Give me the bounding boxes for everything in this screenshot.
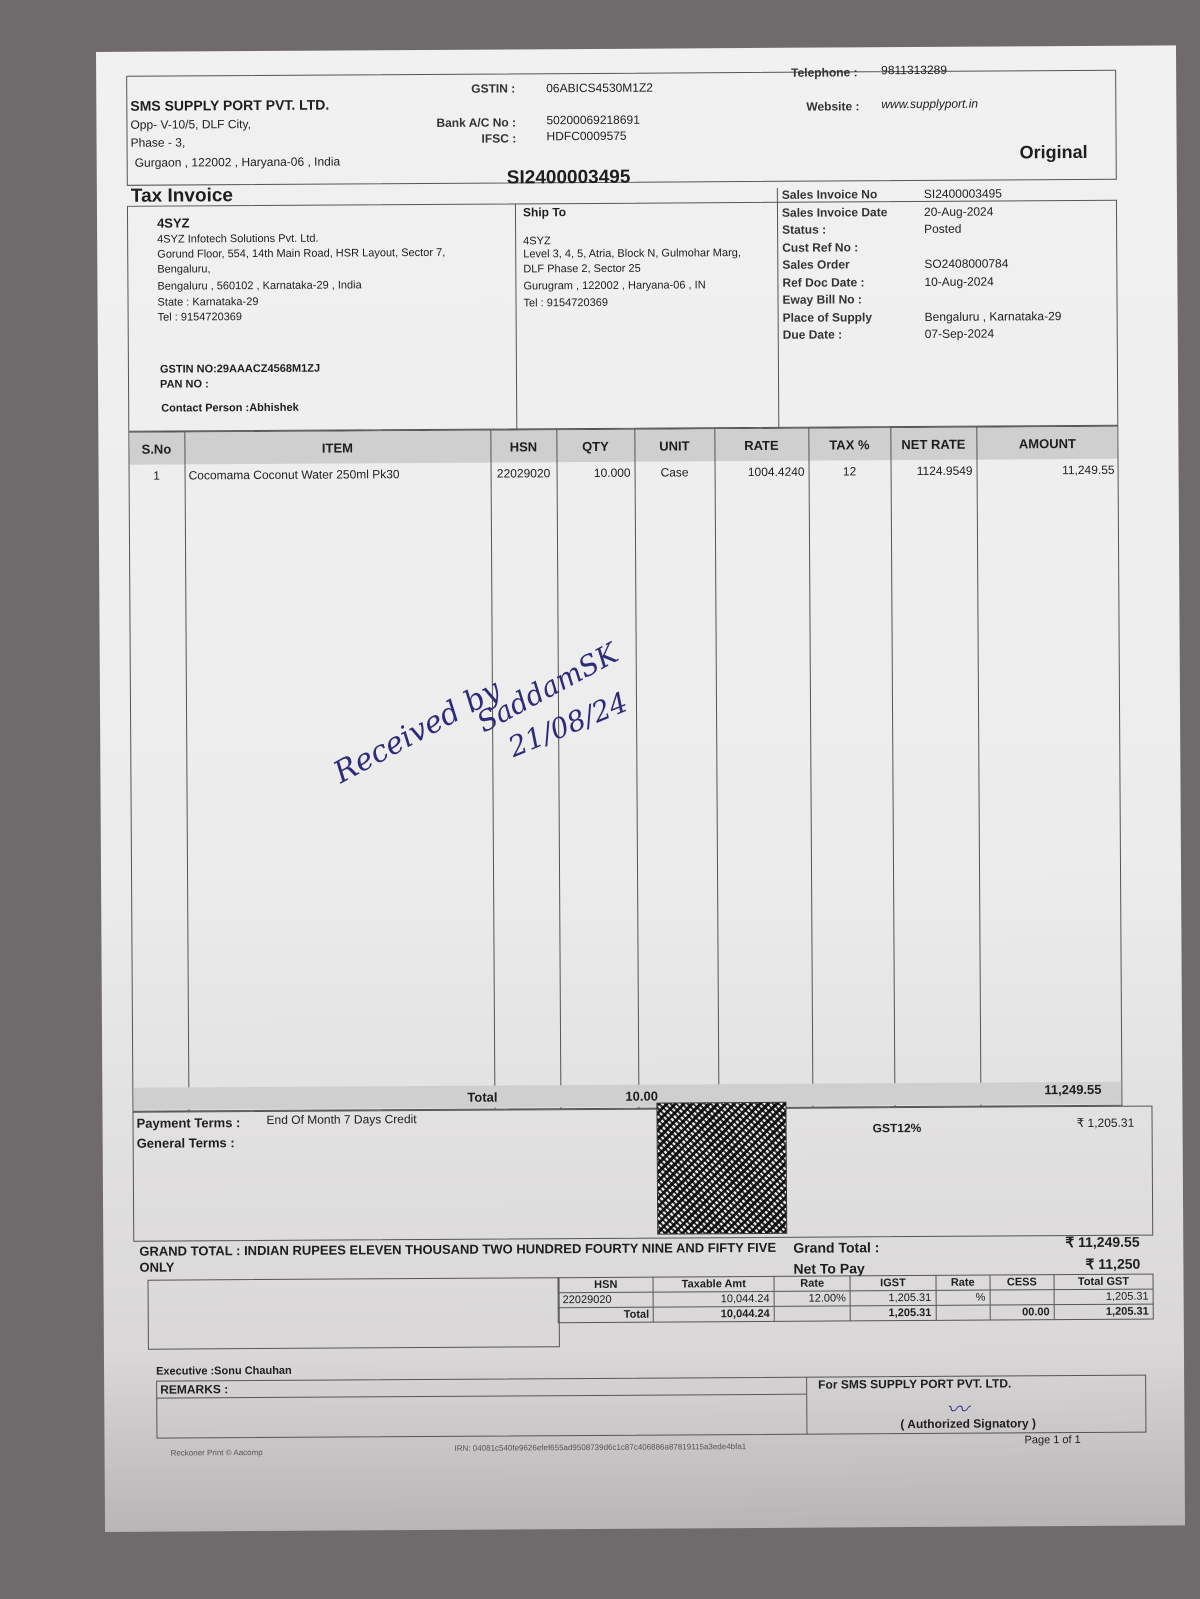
remarks-label: REMARKS : [160, 1382, 228, 1396]
seller-name: SMS SUPPLY PORT PVT. LTD. [130, 97, 329, 114]
invoice-meta-value: Posted [924, 222, 961, 236]
gst-total-cell [936, 1305, 990, 1320]
invoice-meta-value: SI2400003495 [924, 186, 1002, 200]
general-terms-label: General Terms : [137, 1135, 235, 1151]
website-label: Website : [806, 99, 859, 113]
authorized-signatory-label: ( Authorized Signatory ) [900, 1416, 1036, 1431]
gst-column-header: HSN [558, 1277, 654, 1293]
bill-to-tel: Tel : 9154720369 [158, 311, 242, 324]
column-header-unit: UNIT [634, 438, 714, 453]
bill-to-company: 4SYZ Infotech Solutions Pvt. Ltd. [157, 233, 319, 246]
bill-to-address-3: Bengaluru , 560102 , Karnataka-29 , Indi… [157, 279, 361, 292]
gst-column-header: Rate [936, 1275, 990, 1290]
printer-credit: Reckoner Print © Aacomp [171, 1448, 263, 1458]
for-company: For SMS SUPPLY PORT PVT. LTD. [818, 1376, 1011, 1391]
column-header-qty: QTY [556, 439, 634, 454]
item-cell-qty: 10.000 [561, 466, 631, 480]
invoice-number: SI2400003495 [507, 167, 631, 190]
gst-cell: 22029020 [558, 1292, 654, 1308]
grand-total-label: Grand Total : [793, 1239, 879, 1256]
invoice-meta-row: Place of SupplyBengaluru , Karnataka-29 [783, 308, 1113, 327]
ship-to-address-2: DLF Phase 2, Sector 25 [523, 263, 640, 276]
total-label: Total [467, 1090, 497, 1105]
gstin-label: GSTIN : [471, 81, 515, 95]
invoice-meta-row: Status :Posted [782, 221, 1112, 240]
invoice-meta-row: Eway Bill No : [782, 291, 1112, 310]
invoice-meta-row: Sales Invoice NoSI2400003495 [782, 186, 1112, 205]
column-header-tax: TAX % [808, 437, 890, 453]
gst-total-cell: 1,205.31 [1054, 1304, 1153, 1320]
telephone-label: Telephone : [791, 65, 858, 79]
ship-to-address-1: Level 3, 4, 5, Atria, Block N, Gulmohar … [523, 247, 741, 260]
gst-total-cell: 00.00 [990, 1305, 1054, 1320]
gst-cell: 12.00% [774, 1291, 850, 1306]
seller-address-1: Opp- V-10/5, DLF City, [130, 117, 251, 132]
item-cell-net-rate: 1124.9549 [895, 464, 973, 478]
gst-cell: % [936, 1290, 990, 1305]
bill-to-state: State : Karnataka-29 [157, 296, 258, 309]
item-cell-hsn: 22029020 [495, 466, 553, 480]
invoice-meta-label: Place of Supply [783, 310, 872, 325]
executive-name: Executive :Sonu Chauhan [156, 1365, 292, 1378]
bill-to-address-2: Bengaluru, [157, 263, 210, 275]
item-cell-amount: 11,249.55 [981, 463, 1115, 478]
column-header-net-rate: NET RATE [890, 437, 976, 453]
bank-account: 50200069218691 [546, 113, 640, 128]
column-header-hsn: HSN [490, 439, 556, 454]
gst-cell: 1,205.31 [1054, 1289, 1153, 1305]
invoice-sheet: SMS SUPPLY PORT PVT. LTD. Opp- V-10/5, D… [126, 70, 1155, 1476]
total-qty: 10.00 [625, 1089, 658, 1104]
seller-website[interactable]: www.supplyport.in [881, 97, 978, 112]
gst-summary-label: GST12% [873, 1121, 922, 1135]
invoice-meta-value: 07-Sep-2024 [925, 327, 994, 341]
item-cell-item: Cocomama Coconut Water 250ml Pk30 [189, 467, 487, 483]
invoice-meta: Sales Invoice NoSI2400003495Sales Invoic… [782, 186, 1112, 188]
item-cell-tax: 12 [813, 464, 887, 478]
gst-total-cell: 10,044.24 [654, 1306, 775, 1322]
ifsc-label: IFSC : [481, 131, 516, 145]
seller-address-3: Gurgaon , 122002 , Haryana-06 , India [135, 155, 341, 170]
bill-to-short-name: 4SYZ [157, 215, 190, 230]
invoice-meta-value: SO2408000784 [924, 256, 1008, 271]
invoice-meta-value: 10-Aug-2024 [924, 274, 993, 288]
grand-total-in-words: GRAND TOTAL : INDIAN RUPEES ELEVEN THOUS… [139, 1240, 779, 1276]
net-to-pay-label: Net To Pay [793, 1260, 864, 1276]
column-header-amount: AMOUNT [976, 436, 1118, 452]
invoice-meta-label: Sales Invoice Date [782, 205, 887, 220]
invoice-meta-label: Sales Invoice No [782, 187, 877, 202]
bank-label: Bank A/C No : [436, 115, 516, 129]
ship-to-address-3: Gurugram , 122002 , Haryana-06 , IN [523, 279, 705, 292]
payment-terms-label: Payment Terms : [136, 1115, 240, 1131]
gst-cell [990, 1290, 1054, 1305]
column-header-s-no: S.No [128, 441, 184, 456]
gst-summary-value: ₹ 1,205.31 [1077, 1116, 1135, 1130]
column-header-rate: RATE [714, 438, 808, 454]
gst-breakup-table: HSNTaxable AmtRateIGSTRateCESSTotal GST2… [557, 1274, 1153, 1324]
invoice-meta-label: Eway Bill No : [782, 292, 861, 306]
invoice-meta-row: Sales Invoice Date20-Aug-2024 [782, 203, 1112, 222]
ship-to-tel: Tel : 9154720369 [524, 297, 608, 310]
invoice-meta-label: Sales Order [782, 257, 849, 271]
invoice-meta-label: Ref Doc Date : [782, 275, 864, 290]
ifsc-code: HDFC0009575 [546, 129, 626, 143]
items-table [128, 426, 1122, 1112]
invoice-paper: SMS SUPPLY PORT PVT. LTD. Opp- V-10/5, D… [96, 45, 1185, 1532]
bill-to-pan: PAN NO : [160, 378, 209, 390]
left-footer-box [148, 1277, 560, 1350]
invoice-meta-row: Cust Ref No : [782, 238, 1112, 257]
page-number: Page 1 of 1 [1024, 1434, 1080, 1446]
bill-to-address-1: Gorund Floor, 554, 14th Main Road, HSR L… [157, 247, 445, 261]
invoice-meta-row: Sales OrderSO2408000784 [782, 256, 1112, 275]
ship-to-heading: Ship To [523, 205, 566, 219]
bill-to-gstin: GSTIN NO:29AAACZ4568M1ZJ [160, 363, 320, 376]
gst-column-header: Total GST [1054, 1274, 1153, 1290]
gst-column-header: Taxable Amt [653, 1276, 774, 1292]
item-cell-rate: 1004.4240 [719, 465, 805, 480]
column-header-item: ITEM [184, 440, 490, 457]
invoice-meta-value: 20-Aug-2024 [924, 204, 993, 218]
gst-cell: 10,044.24 [654, 1291, 775, 1307]
seller-telephone: 9811313289 [881, 63, 947, 77]
invoice-meta-label: Due Date : [783, 327, 842, 341]
copy-type: Original [1020, 142, 1088, 163]
irn-number: IRN: 04081c540fe9626efef655ad9508739d6c1… [455, 1442, 747, 1453]
ship-to-short-name: 4SYZ [523, 235, 551, 247]
item-cell-unit: Case [639, 465, 711, 479]
gst-column-header: CESS [990, 1275, 1054, 1290]
contact-person: Contact Person :Abhishek [161, 402, 299, 415]
gst-total-cell: Total [558, 1307, 654, 1323]
e-invoice-qr-code [656, 1102, 787, 1235]
invoice-meta-value: Bengaluru , Karnataka-29 [925, 309, 1062, 324]
total-amount: 11,249.55 [1044, 1082, 1101, 1097]
gst-total-cell [774, 1306, 850, 1321]
invoice-meta-label: Cust Ref No : [782, 240, 858, 254]
net-to-pay-value: ₹ 11,250 [1085, 1256, 1140, 1273]
gst-column-header: Rate [774, 1276, 850, 1291]
gst-cell: 1,205.31 [850, 1290, 935, 1306]
item-cell-sno: 1 [133, 468, 181, 482]
seller-gstin: 06ABICS4530M1Z2 [546, 81, 653, 96]
seller-address-2: Phase - 3, [131, 135, 186, 149]
gst-column-header: IGST [850, 1275, 935, 1291]
payment-terms-value: End Of Month 7 Days Credit [266, 1112, 416, 1127]
invoice-meta-row: Due Date :07-Sep-2024 [783, 326, 1113, 345]
invoice-meta-label: Status : [782, 223, 826, 237]
gst-total-cell: 1,205.31 [850, 1305, 935, 1321]
grand-total-value: ₹ 11,249.55 [1065, 1234, 1139, 1251]
invoice-meta-row: Ref Doc Date :10-Aug-2024 [782, 273, 1112, 292]
